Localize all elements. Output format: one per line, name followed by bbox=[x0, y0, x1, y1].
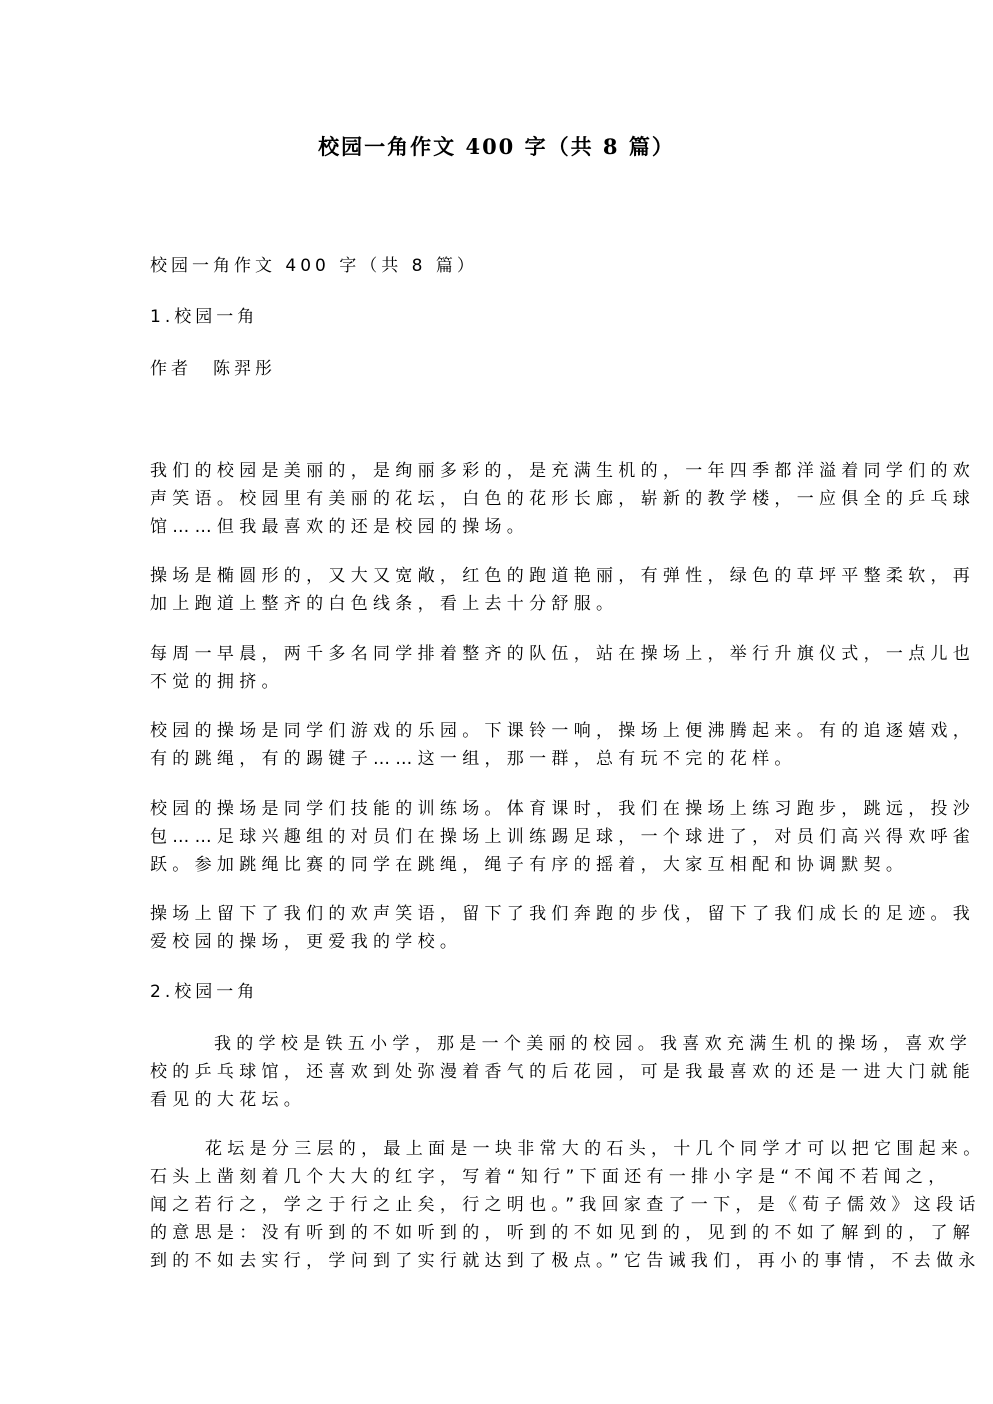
paragraph-line: 声笑语。校园里有美丽的花坛，白色的花形长廊，崭新的教学楼，一应俱全的乒乓球 bbox=[150, 488, 975, 510]
paragraph-line: 操场是椭圆形的，又大又宽敞，红色的跑道艳丽，有弹性，绿色的草坪平整柔软，再 bbox=[150, 565, 975, 587]
paragraph-line: 馆……但我最喜欢的还是校园的操场。 bbox=[150, 516, 529, 538]
paragraph-line: 加上跑道上整齐的白色线条，看上去十分舒服。 bbox=[150, 593, 618, 615]
paragraph-line: 花坛是分三层的，最上面是一块非常大的石头，十几个同学才可以把它围起来。 bbox=[205, 1138, 986, 1160]
paragraph-line: 看见的大花坛。 bbox=[150, 1089, 306, 1111]
author-line: 作者 陈羿彤 bbox=[150, 358, 276, 380]
section-heading: 1.校园一角 bbox=[150, 306, 258, 328]
document-page: 校园一角作文 400 字（共 8 篇） 校园一角作文 400 字（共 8 篇） … bbox=[0, 0, 993, 1404]
paragraph-line: 到的不如去实行，学问到了实行就达到了极点。”它告诫我们，再小的事情，不去做永 bbox=[150, 1250, 981, 1272]
section-heading: 2.校园一角 bbox=[150, 981, 258, 1003]
paragraph-line: 校园的操场是同学们技能的训练场。体育课时，我们在操场上练习跑步，跳远，投沙 bbox=[150, 798, 975, 820]
paragraph-line: 爱校园的操场，更爱我的学校。 bbox=[150, 931, 462, 953]
paragraph-line: 校园的操场是同学们游戏的乐园。下课铃一响，操场上便沸腾起来。有的追逐嬉戏， bbox=[150, 720, 975, 742]
paragraph-line: 我的学校是铁五小学，那是一个美丽的校园。我喜欢充满生机的操场，喜欢学 bbox=[214, 1033, 972, 1055]
paragraph-line: 校的乒乓球馆，还喜欢到处弥漫着香气的后花园，可是我最喜欢的还是一进大门就能 bbox=[150, 1061, 975, 1083]
paragraph-line: 我们的校园是美丽的，是绚丽多彩的，是充满生机的，一年四季都洋溢着同学们的欢 bbox=[150, 460, 975, 482]
paragraph-line: 石头上凿刻着几个大大的红字，写着“知行”下面还有一排小字是“不闻不若闻之， bbox=[150, 1166, 951, 1188]
paragraph-line: 闻之若行之，学之于行之止矣，行之明也。”我回家查了一下，是《荀子儒效》这段话 bbox=[150, 1194, 981, 1216]
paragraph-line: 不觉的拥挤。 bbox=[150, 671, 284, 693]
paragraph-line: 每周一早晨，两千多名同学排着整齐的队伍，站在操场上，举行升旗仪式，一点儿也 bbox=[150, 643, 975, 665]
paragraph-line: 跃。参加跳绳比赛的同学在跳绳，绳子有序的摇着，大家互相配和协调默契。 bbox=[150, 854, 908, 876]
document-title: 校园一角作文 400 字（共 8 篇） bbox=[0, 134, 993, 160]
paragraph-line: 包……足球兴趣组的对员们在操场上训练踢足球，一个球进了，对员们高兴得欢呼雀 bbox=[150, 826, 975, 848]
paragraph-line: 操场上留下了我们的欢声笑语，留下了我们奔跑的步伐，留下了我们成长的足迹。我 bbox=[150, 903, 975, 925]
paragraph-line: 有的跳绳，有的踢键子……这一组，那一群，总有玩不完的花样。 bbox=[150, 748, 797, 770]
paragraph-line: 的意思是：没有听到的不如听到的，听到的不如见到的，见到的不如了解到的，了解 bbox=[150, 1222, 975, 1244]
document-subtitle: 校园一角作文 400 字（共 8 篇） bbox=[150, 255, 478, 277]
